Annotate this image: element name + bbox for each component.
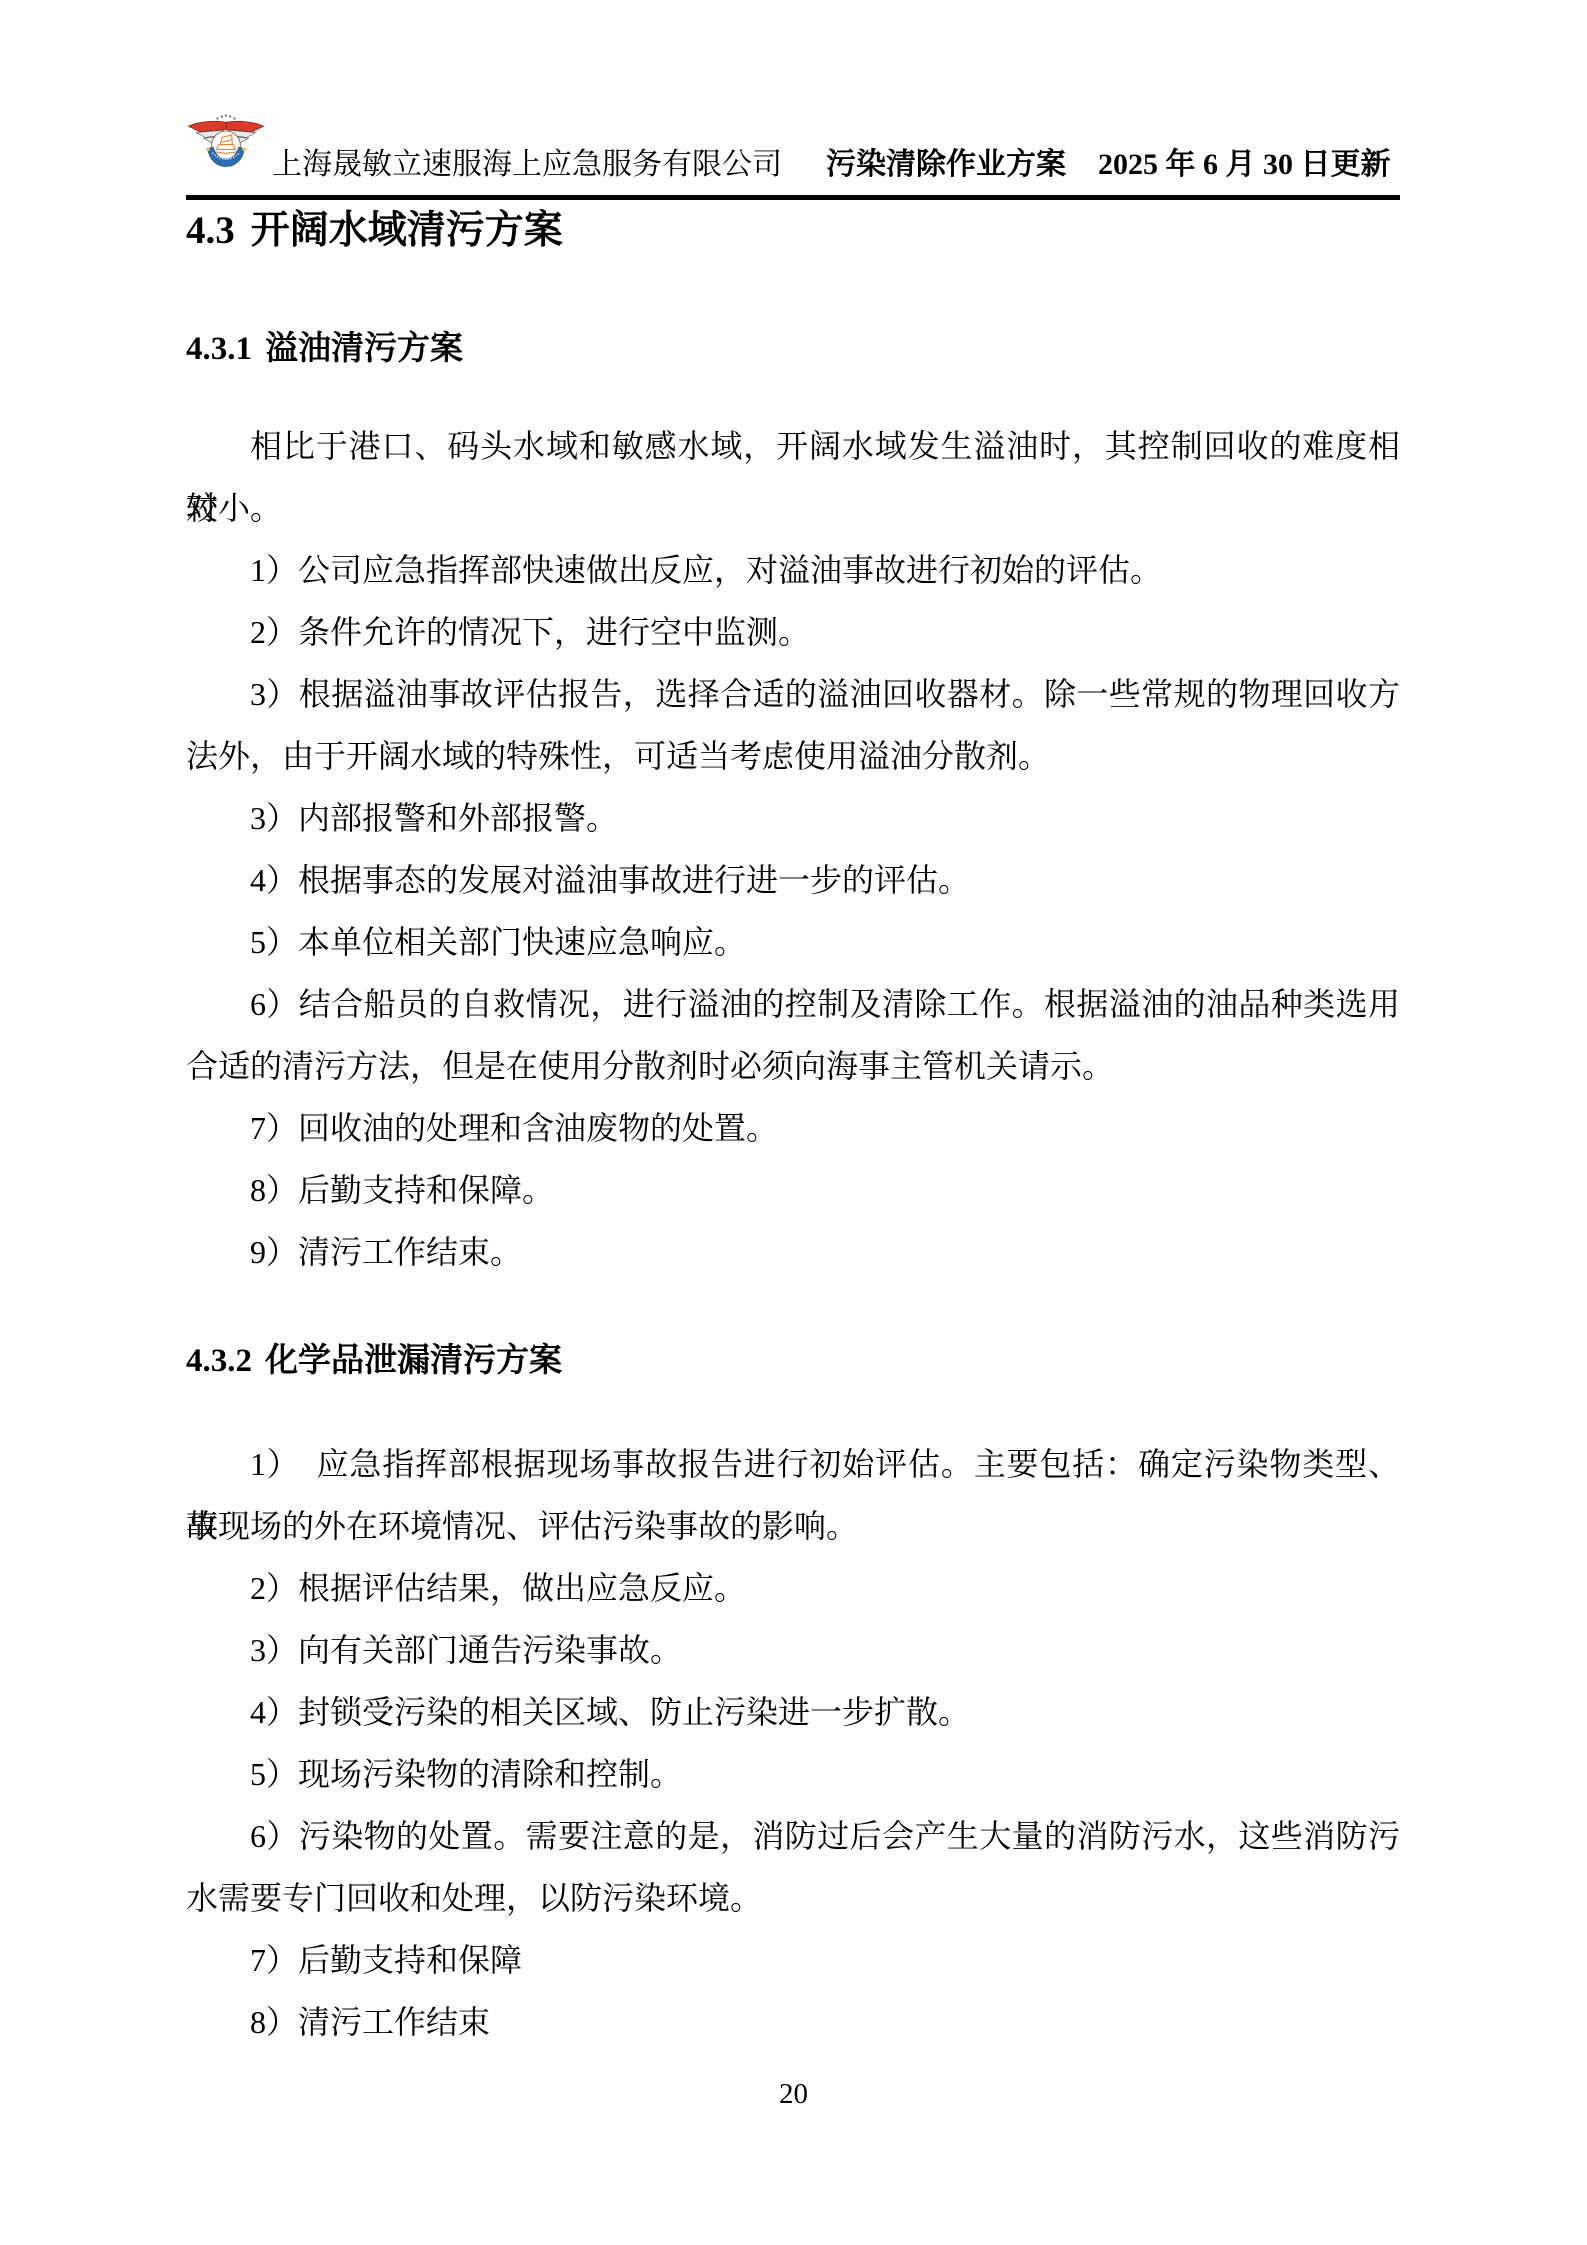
header-company-name: 上海晟敏立速服海上应急服务有限公司 — [272, 139, 782, 183]
list-item: 2）根据评估结果，做出应急反应。 — [186, 1557, 1400, 1619]
section-title: 化学品泄漏清污方案 — [265, 1343, 562, 1379]
page-number: 20 — [779, 2078, 808, 2110]
list-item: 6）污染物的处置。需要注意的是，消防过后会产生大量的消防污水，这些消防污 — [186, 1805, 1400, 1867]
header-updated-date: 2025 年 6 月 30 日更新 — [1098, 139, 1391, 183]
page-footer: 20 — [0, 2078, 1587, 2111]
list-item: 7）回收油的处理和含油废物的处置。 — [186, 1097, 1400, 1159]
list-item: 4）封锁受污染的相关区域、防止污染进一步扩散。 — [186, 1681, 1400, 1743]
list-item: 3）内部报警和外部报警。 — [186, 787, 1400, 849]
paragraph-line: 合适的清污方法，但是在使用分散剂时必须向海事主管机关请示。 — [186, 1035, 1400, 1097]
list-item: 2）条件允许的情况下，进行空中监测。 — [186, 601, 1400, 663]
page-header: 上海晟敏立速服海上应急服务有限公司 污染清除作业方案 2025 年 6 月 30… — [186, 0, 1400, 200]
header-doc-title: 污染清除作业方案 — [826, 139, 1066, 183]
section-number: 4.3.2 — [186, 1343, 252, 1379]
company-logo-icon — [186, 107, 266, 191]
list-item: 6）结合船员的自救情况，进行溢油的控制及清除工作。根据溢油的油品种类选用 — [186, 973, 1400, 1035]
section-4-3-2-body: 1） 应急指挥部根据现场事故报告进行初始评估。主要包括：确定污染物类型、事 故现… — [186, 1433, 1400, 2053]
list-item: 9）清污工作结束。 — [186, 1221, 1400, 1283]
header-text: 上海晟敏立速服海上应急服务有限公司 污染清除作业方案 2025 年 6 月 30… — [272, 139, 1391, 195]
chapter-heading: 4.3开阔水域清污方案 — [186, 206, 1400, 256]
list-item: 3）向有关部门通告污染事故。 — [186, 1619, 1400, 1681]
section-number: 4.3.1 — [186, 331, 252, 367]
list-item: 1）公司应急指挥部快速做出反应，对溢油事故进行初始的评估。 — [186, 539, 1400, 601]
paragraph-line: 较小。 — [186, 477, 1400, 539]
paragraph-line: 水需要专门回收和处理，以防污染环境。 — [186, 1867, 1400, 1929]
chapter-title: 开阔水域清污方案 — [251, 209, 563, 252]
list-item: 3）根据溢油事故评估报告，选择合适的溢油回收器材。除一些常规的物理回收方 — [186, 663, 1400, 725]
list-item: 5）现场污染物的清除和控制。 — [186, 1743, 1400, 1805]
list-item: 5）本单位相关部门快速应急响应。 — [186, 911, 1400, 973]
paragraph-line: 故现场的外在环境情况、评估污染事故的影响。 — [186, 1495, 1400, 1557]
list-item: 7）后勤支持和保障 — [186, 1929, 1400, 1991]
paragraph-line: 相比于港口、码头水域和敏感水域，开阔水域发生溢油时，其控制回收的难度相对 — [186, 415, 1400, 477]
document-page: 上海晟敏立速服海上应急服务有限公司 污染清除作业方案 2025 年 6 月 30… — [0, 0, 1587, 2245]
list-item: 8）后勤支持和保障。 — [186, 1159, 1400, 1221]
document-body: 4.3开阔水域清污方案 4.3.1溢油清污方案 相比于港口、码头水域和敏感水域，… — [186, 200, 1400, 2053]
section-heading-4-3-1: 4.3.1溢油清污方案 — [186, 329, 1400, 369]
section-heading-4-3-2: 4.3.2化学品泄漏清污方案 — [186, 1341, 1400, 1381]
section-4-3-1-body: 相比于港口、码头水域和敏感水域，开阔水域发生溢油时，其控制回收的难度相对 较小。… — [186, 415, 1400, 1283]
list-item: 1） 应急指挥部根据现场事故报告进行初始评估。主要包括：确定污染物类型、事 — [186, 1433, 1400, 1495]
list-item: 8）清污工作结束 — [186, 1991, 1400, 2053]
paragraph-line: 法外，由于开阔水域的特殊性，可适当考虑使用溢油分散剂。 — [186, 725, 1400, 787]
list-item: 4）根据事态的发展对溢油事故进行进一步的评估。 — [186, 849, 1400, 911]
chapter-number: 4.3 — [186, 209, 235, 252]
section-title: 溢油清污方案 — [265, 331, 463, 367]
